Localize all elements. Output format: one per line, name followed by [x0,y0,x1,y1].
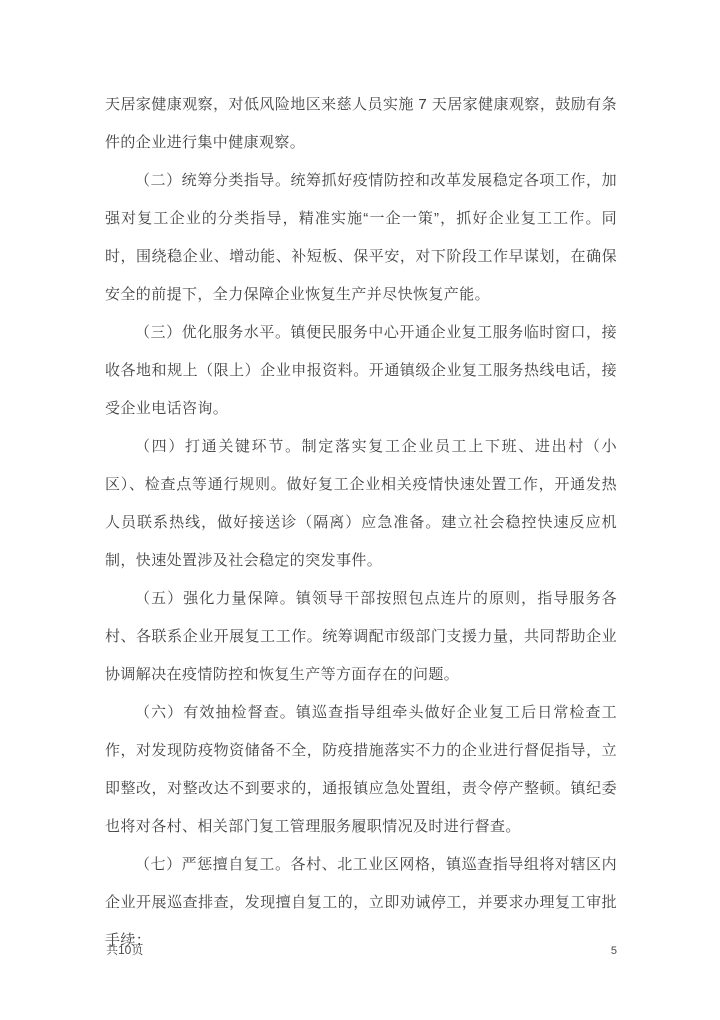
paragraph-continuation: 天居家健康观察，对低风险地区来慈人员实施 7 天居家健康观察，鼓励有条件的企业进… [105,86,617,162]
document-page: 天居家健康观察，对低风险地区来慈人员实施 7 天居家健康观察，鼓励有条件的企业进… [0,0,720,1020]
paragraph-section-5: （五）强化力量保障。镇领导干部按照包点连片的原则，指导服务各村、各联系企业开展复… [105,580,617,694]
footer-total-pages: 共10页 [106,941,143,958]
document-body: 天居家健康观察，对低风险地区来慈人员实施 7 天居家健康观察，鼓励有条件的企业进… [105,86,617,960]
footer-page-number: 5 [611,945,617,957]
paragraph-section-4: （四）打通关键环节。制定落实复工企业员工上下班、进出村（小区）、检查点等通行规则… [105,428,617,580]
paragraph-section-6: （六）有效抽检督查。镇巡查指导组牵头做好企业复工后日常检查工作，对发现防疫物资储… [105,694,617,846]
paragraph-section-3: （三）优化服务水平。镇便民服务中心开通企业复工服务临时窗口，接收各地和规上（限上… [105,314,617,428]
paragraph-section-2: （二）统筹分类指导。统筹抓好疫情防控和改革发展稳定各项工作，加强对复工企业的分类… [105,162,617,314]
page-footer: 共10页 5 [106,941,617,958]
